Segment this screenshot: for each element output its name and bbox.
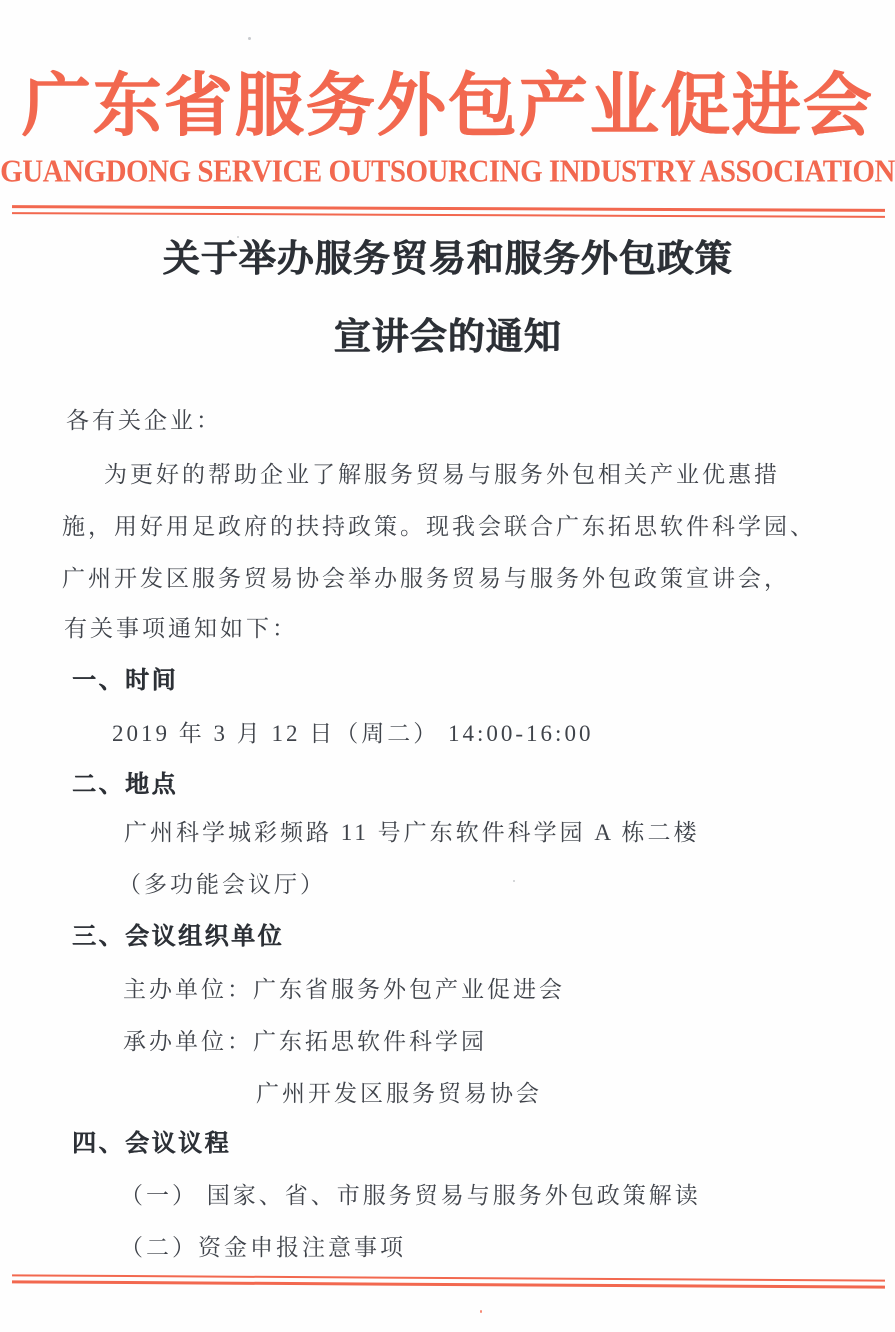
- footer-divider: [12, 1274, 885, 1288]
- section1-heading: 一、时间: [72, 666, 178, 697]
- document-page: 广东省服务外包产业促进会 GUANGDONG SERVICE OUTSOURCI…: [0, 0, 895, 1332]
- letterhead-divider: [12, 205, 885, 218]
- section4-agenda-item2: （二）资金申报注意事项: [120, 1233, 406, 1263]
- section3-heading: 三、会议组织单位: [72, 922, 284, 953]
- scan-speck: [237, 236, 239, 238]
- scan-speck: [513, 880, 515, 882]
- section4-agenda-item1: （一） 国家、省、市服务贸易与服务外包政策解读: [120, 1181, 701, 1211]
- section3-organizer-line2: 广州开发区服务贸易协会: [256, 1079, 542, 1109]
- header-rule-thick: [12, 205, 885, 212]
- intro-line-1: 为更好的帮助企业了解服务贸易与服务外包相关产业优惠措: [104, 460, 780, 490]
- notice-title-line1: 关于举办服务贸易和服务外包政策: [0, 238, 895, 282]
- letterhead-org-name-english: GUANGDONG SERVICE OUTSOURCING INDUSTRY A…: [0, 155, 895, 191]
- section3-organizer-line1: 承办单位：广东拓思软件科学园: [123, 1027, 487, 1057]
- notice-title-line2: 宣讲会的通知: [0, 316, 895, 360]
- intro-line-2: 施，用好用足政府的扶持政策。现我会联合广东拓思软件科学园、: [62, 512, 816, 542]
- section2-heading: 二、地点: [72, 770, 178, 801]
- letterhead-org-name-chinese: 广东省服务外包产业促进会: [0, 62, 895, 152]
- footer-rule-thick: [12, 1280, 885, 1288]
- section2-address-line2: （多功能会议厅）: [118, 870, 326, 900]
- scan-speck: [248, 37, 251, 40]
- section2-address-line1: 广州科学城彩频路 11 号广东软件科学园 A 栋二楼: [124, 818, 700, 848]
- header-rule-thin: [12, 212, 885, 218]
- section4-heading: 四、会议议程: [72, 1129, 231, 1160]
- intro-line-4: 有关事项通知如下：: [64, 614, 298, 644]
- section3-host: 主办单位：广东省服务外包产业促进会: [123, 975, 565, 1005]
- scan-speck: [480, 1310, 482, 1313]
- intro-line-3: 广州开发区服务贸易协会举办服务贸易与服务外包政策宣讲会，: [62, 564, 790, 594]
- salutation: 各有关企业：: [66, 406, 222, 436]
- section1-time: 2019 年 3 月 12 日（周二） 14:00-16:00: [112, 719, 593, 749]
